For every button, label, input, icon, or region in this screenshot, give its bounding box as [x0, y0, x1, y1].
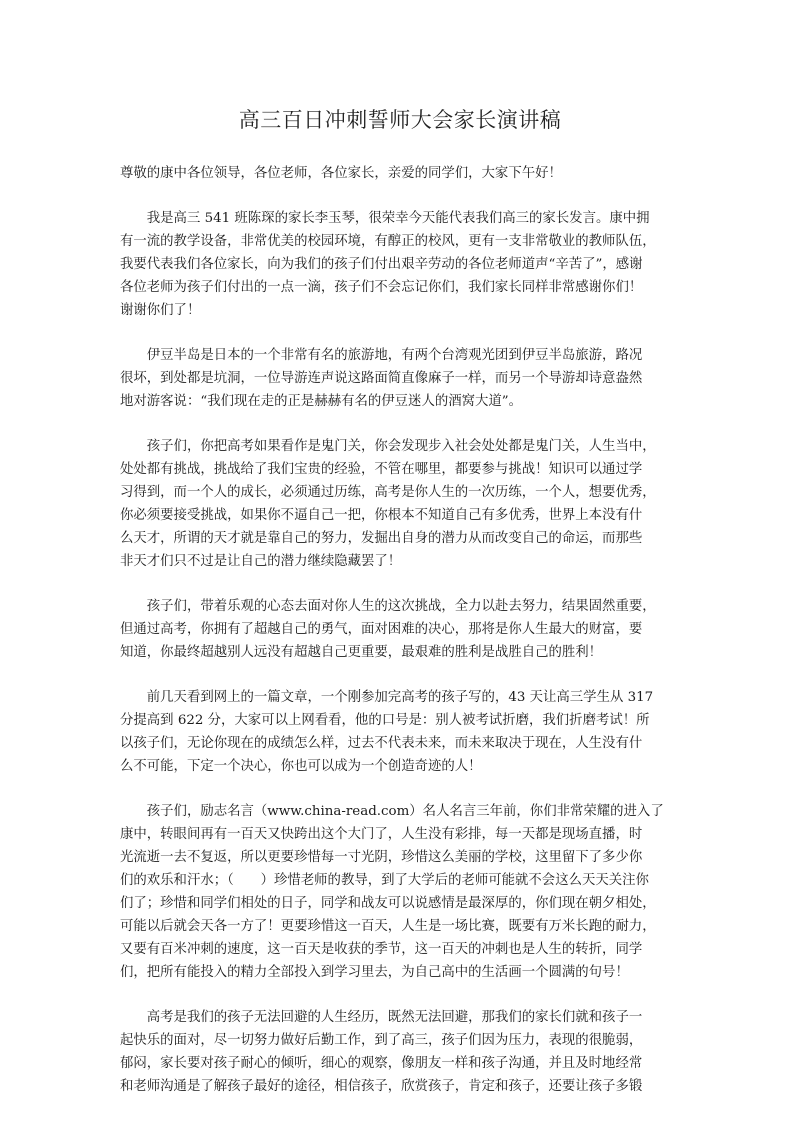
text-line: 孩子们，带着乐观的心态去面对你人生的这次挑战，全力以赴去努力，结果固然重要， [120, 595, 680, 618]
paragraph-1: 我是高三 541 班陈琛的家长李玉琴，很荣幸今天能代表我们高三的家长发言。康中拥… [120, 207, 680, 322]
text-line: 起快乐的面对，尽一切努力做好后勤工作，到了高三，孩子们因为压力，表现的很脆弱， [120, 1029, 680, 1052]
text-line: 孩子们，励志名言（www.china-read.com）名人名言三年前，你们非常… [120, 800, 680, 823]
paragraph-2: 伊豆半岛是日本的一个非常有名的旅游地，有两个台湾观光团到伊豆半岛旅游，路况 很坏… [120, 344, 680, 413]
text-line: 伊豆半岛是日本的一个非常有名的旅游地，有两个台湾观光团到伊豆半岛旅游，路况 [120, 344, 680, 367]
text-line: 我是高三 541 班陈琛的家长李玉琴，很荣幸今天能代表我们高三的家长发言。康中拥 [120, 207, 680, 230]
text-line: 各位老师为孩子们付出的一点一滴，孩子们不会忘记你们，我们家长同样非常感谢你们！ [120, 276, 680, 299]
document-title: 高三百日冲刺誓师大会家长演讲稿 [0, 106, 800, 134]
text-line: 分提高到 622 分，大家可以上网看看，他的口号是：别人被考试折磨，我们折磨考试… [120, 709, 680, 732]
text-line: 郁闷，家长要对孩子耐心的倾听，细心的观察，像朋友一样和孩子沟通，并且及时地经常 [120, 1052, 680, 1075]
text-line: 前几天看到网上的一篇文章，一个刚参加完高考的孩子写的，43 天让高三学生从 31… [120, 686, 680, 709]
greeting-line: 尊敬的康中各位领导，各位老师，各位家长，亲爱的同学们，大家下午好！ [120, 162, 680, 185]
document-page: 高三百日冲刺誓师大会家长演讲稿 尊敬的康中各位领导，各位老师，各位家长，亲爱的同… [0, 0, 800, 1132]
text-line: 以孩子们，无论你现在的成绩怎么样，过去不代表未来，而未来取决于现在，人生没有什 [120, 732, 680, 755]
text-line: 非天才们只不过是让自己的潜力继续隐藏罢了！ [120, 550, 680, 573]
text-line: 们的欢乐和汗水；（ ）珍惜老师的教导，到了大学后的老师可能就不会这么天天关注你 [120, 869, 680, 892]
text-line: 孩子们，你把高考如果看作是鬼门关，你会发现步入社会处处都是鬼门关，人生当中， [120, 435, 680, 458]
paragraph-3: 孩子们，你把高考如果看作是鬼门关，你会发现步入社会处处都是鬼门关，人生当中， 处… [120, 435, 680, 573]
text-line: 但通过高考，你拥有了超越自己的勇气，面对困难的决心，那将是你人生最大的财富，要 [120, 618, 680, 641]
text-line: 们了；珍惜和同学们相处的日子，同学和战友可以说感情是最深厚的，你们现在朝夕相处， [120, 892, 680, 915]
paragraph-4: 孩子们，带着乐观的心态去面对你人生的这次挑战，全力以赴去努力，结果固然重要， 但… [120, 595, 680, 664]
text-line: 又要有百米冲刺的速度，这一百天是收获的季节，这一百天的冲刺也是人生的转折，同学 [120, 938, 680, 961]
text-line: 我要代表我们各位家长，向为我们的孩子们付出艰辛劳动的各位老师道声“辛苦了”，感谢 [120, 253, 680, 276]
paragraph-5: 前几天看到网上的一篇文章，一个刚参加完高考的孩子写的，43 天让高三学生从 31… [120, 686, 680, 778]
text-line: 你必须要接受挑战，如果你不逼自己一把，你根本不知道自己有多优秀，世界上本没有什 [120, 504, 680, 527]
text-line: 高考是我们的孩子无法回避的人生经历，既然无法回避，那我们的家长们就和孩子一 [120, 1006, 680, 1029]
text-line: 和老师沟通是了解孩子最好的途径，相信孩子，欣赏孩子，肯定和孩子，还要让孩子多锻 [120, 1075, 680, 1098]
text-line: 么不可能，下定一个决心，你也可以成为一个创造奇迹的人！ [120, 755, 680, 778]
text-line: 习得到，而一个人的成长，必须通过历练，高考是你人生的一次历练，一个人，想要优秀， [120, 481, 680, 504]
text-line: 地对游客说：“我们现在走的正是赫赫有名的伊豆迷人的酒窝大道”。 [120, 390, 680, 413]
text-line: 处处都有挑战，挑战给了我们宝贵的经验，不管在哪里，都要参与挑战！知识可以通过学 [120, 458, 680, 481]
text-line: 康中，转眼间再有一百天又快跨出这个大门了，人生没有彩排，每一天都是现场直播，时 [120, 823, 680, 846]
document-body: 尊敬的康中各位领导，各位老师，各位家长，亲爱的同学们，大家下午好！ 我是高三 5… [120, 162, 680, 1098]
text-line: 谢谢你们了！ [120, 299, 680, 322]
paragraph-7: 高考是我们的孩子无法回避的人生经历，既然无法回避，那我们的家长们就和孩子一 起快… [120, 1006, 680, 1098]
text-line: 么天才，所谓的天才就是靠自己的努力，发掘出自身的潜力从而改变自己的命运，而那些 [120, 527, 680, 550]
text-line: 可能以后就会天各一方了！更要珍惜这一百天，人生是一场比赛，既要有万米长跑的耐力， [120, 915, 680, 938]
text-line: 们，把所有能投入的精力全部投入到学习里去，为自己高中的生活画一个圆满的句号！ [120, 961, 680, 984]
text-line: 有一流的教学设备，非常优美的校园环境，有醇正的校风，更有一支非常敬业的教师队伍， [120, 230, 680, 253]
paragraph-6: 孩子们，励志名言（www.china-read.com）名人名言三年前，你们非常… [120, 800, 680, 984]
text-line: 光流逝一去不复返，所以更要珍惜每一寸光阴，珍惜这么美丽的学校，这里留下了多少你 [120, 846, 680, 869]
text-line: 很坏，到处都是坑洞，一位导游连声说这路面简直像麻子一样，而另一个导游却诗意盎然 [120, 367, 680, 390]
text-line: 知道，你最终超越别人远没有超越自己更重要，最艰难的胜利是战胜自己的胜利！ [120, 641, 680, 664]
greeting: 尊敬的康中各位领导，各位老师，各位家长，亲爱的同学们，大家下午好！ [120, 162, 680, 185]
